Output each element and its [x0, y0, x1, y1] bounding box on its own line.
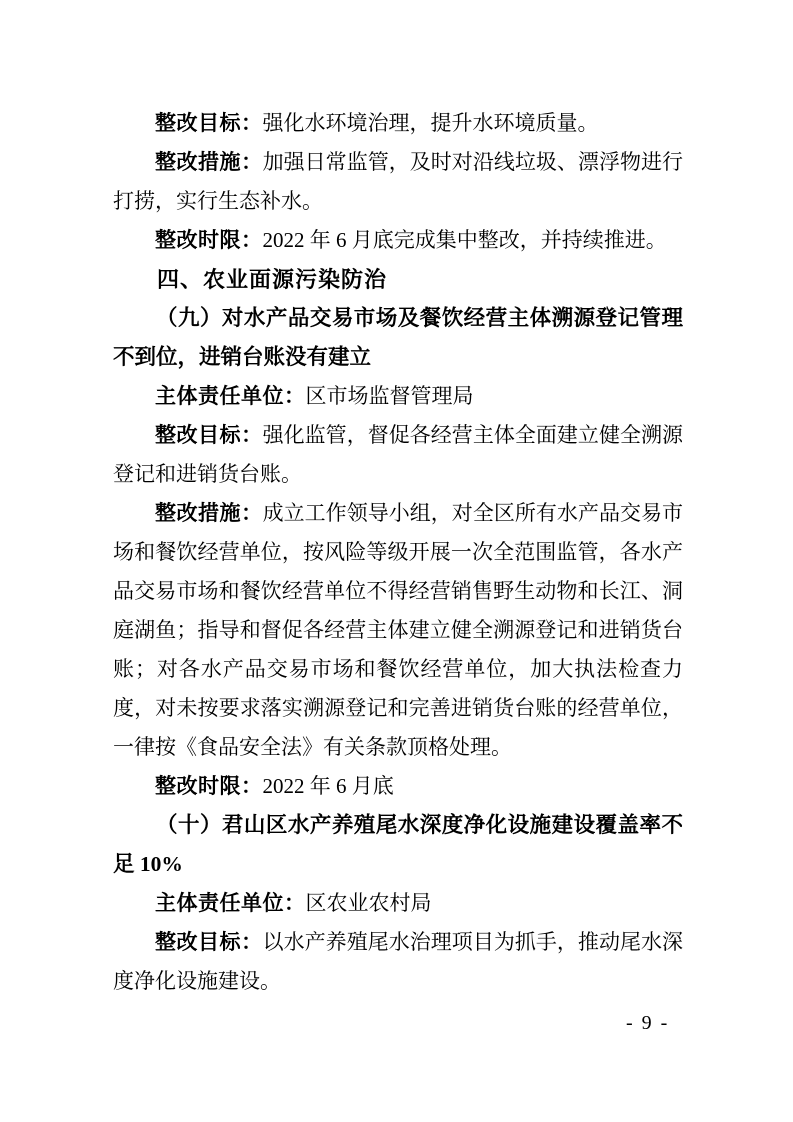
body-paragraph: 整改时限：2022 年 6 月底	[113, 767, 683, 806]
body-paragraph: 主体责任单位：区市场监督管理局	[113, 377, 683, 416]
field-value: 区农业农村局	[306, 891, 432, 915]
body-paragraph: 整改目标：强化监管，督促各经营主体全面建立健全溯源登记和进销货台账。	[113, 416, 683, 494]
field-label: 整改时限：	[155, 775, 263, 798]
field-value: 2022 年 6 月底完成集中整改，并持续推进。	[263, 228, 667, 252]
item-heading: （九）对水产品交易市场及餐饮经营主体溯源登记管理不到位，进销台账没有建立	[113, 299, 683, 377]
field-label: 整改目标：	[155, 112, 263, 135]
field-value: 成立工作领导小组，对全区所有水产品交易市场和餐饮经营单位，按风险等级开展一次全范…	[113, 501, 683, 759]
body-paragraph: 主体责任单位：区农业农村局	[113, 884, 683, 923]
document-body: 整改目标：强化水环境治理，提升水环境质量。 整改措施：加强日常监管，及时对沿线垃…	[113, 104, 683, 1001]
field-label: 整改目标：	[155, 931, 263, 954]
section-heading: 四、农业面源污染防治	[113, 260, 683, 299]
field-value: 强化水环境治理，提升水环境质量。	[263, 111, 599, 135]
body-paragraph: 整改措施：加强日常监管，及时对沿线垃圾、漂浮物进行打捞，实行生态补水。	[113, 143, 683, 221]
field-label: 整改措施：	[155, 502, 263, 525]
body-paragraph: 整改目标：以水产养殖尾水治理项目为抓手，推动尾水深度净化设施建设。	[113, 923, 683, 1001]
field-value: 区市场监督管理局	[306, 384, 474, 408]
field-label: 整改目标：	[155, 424, 263, 447]
body-paragraph: 整改时限：2022 年 6 月底完成集中整改，并持续推进。	[113, 221, 683, 260]
field-value: 2022 年 6 月底	[263, 774, 394, 798]
field-label: 主体责任单位：	[155, 892, 306, 915]
body-paragraph: 整改目标：强化水环境治理，提升水环境质量。	[113, 104, 683, 143]
field-label: 整改时限：	[155, 229, 263, 252]
document-page: 整改目标：强化水环境治理，提升水环境质量。 整改措施：加强日常监管，及时对沿线垃…	[0, 0, 793, 1122]
field-label: 整改措施：	[155, 151, 263, 174]
item-heading: （十）君山区水产养殖尾水深度净化设施建设覆盖率不足 10%	[113, 806, 683, 884]
page-number: - 9 -	[626, 1012, 669, 1035]
body-paragraph: 整改措施：成立工作领导小组，对全区所有水产品交易市场和餐饮经营单位，按风险等级开…	[113, 494, 683, 767]
field-label: 主体责任单位：	[155, 385, 306, 408]
